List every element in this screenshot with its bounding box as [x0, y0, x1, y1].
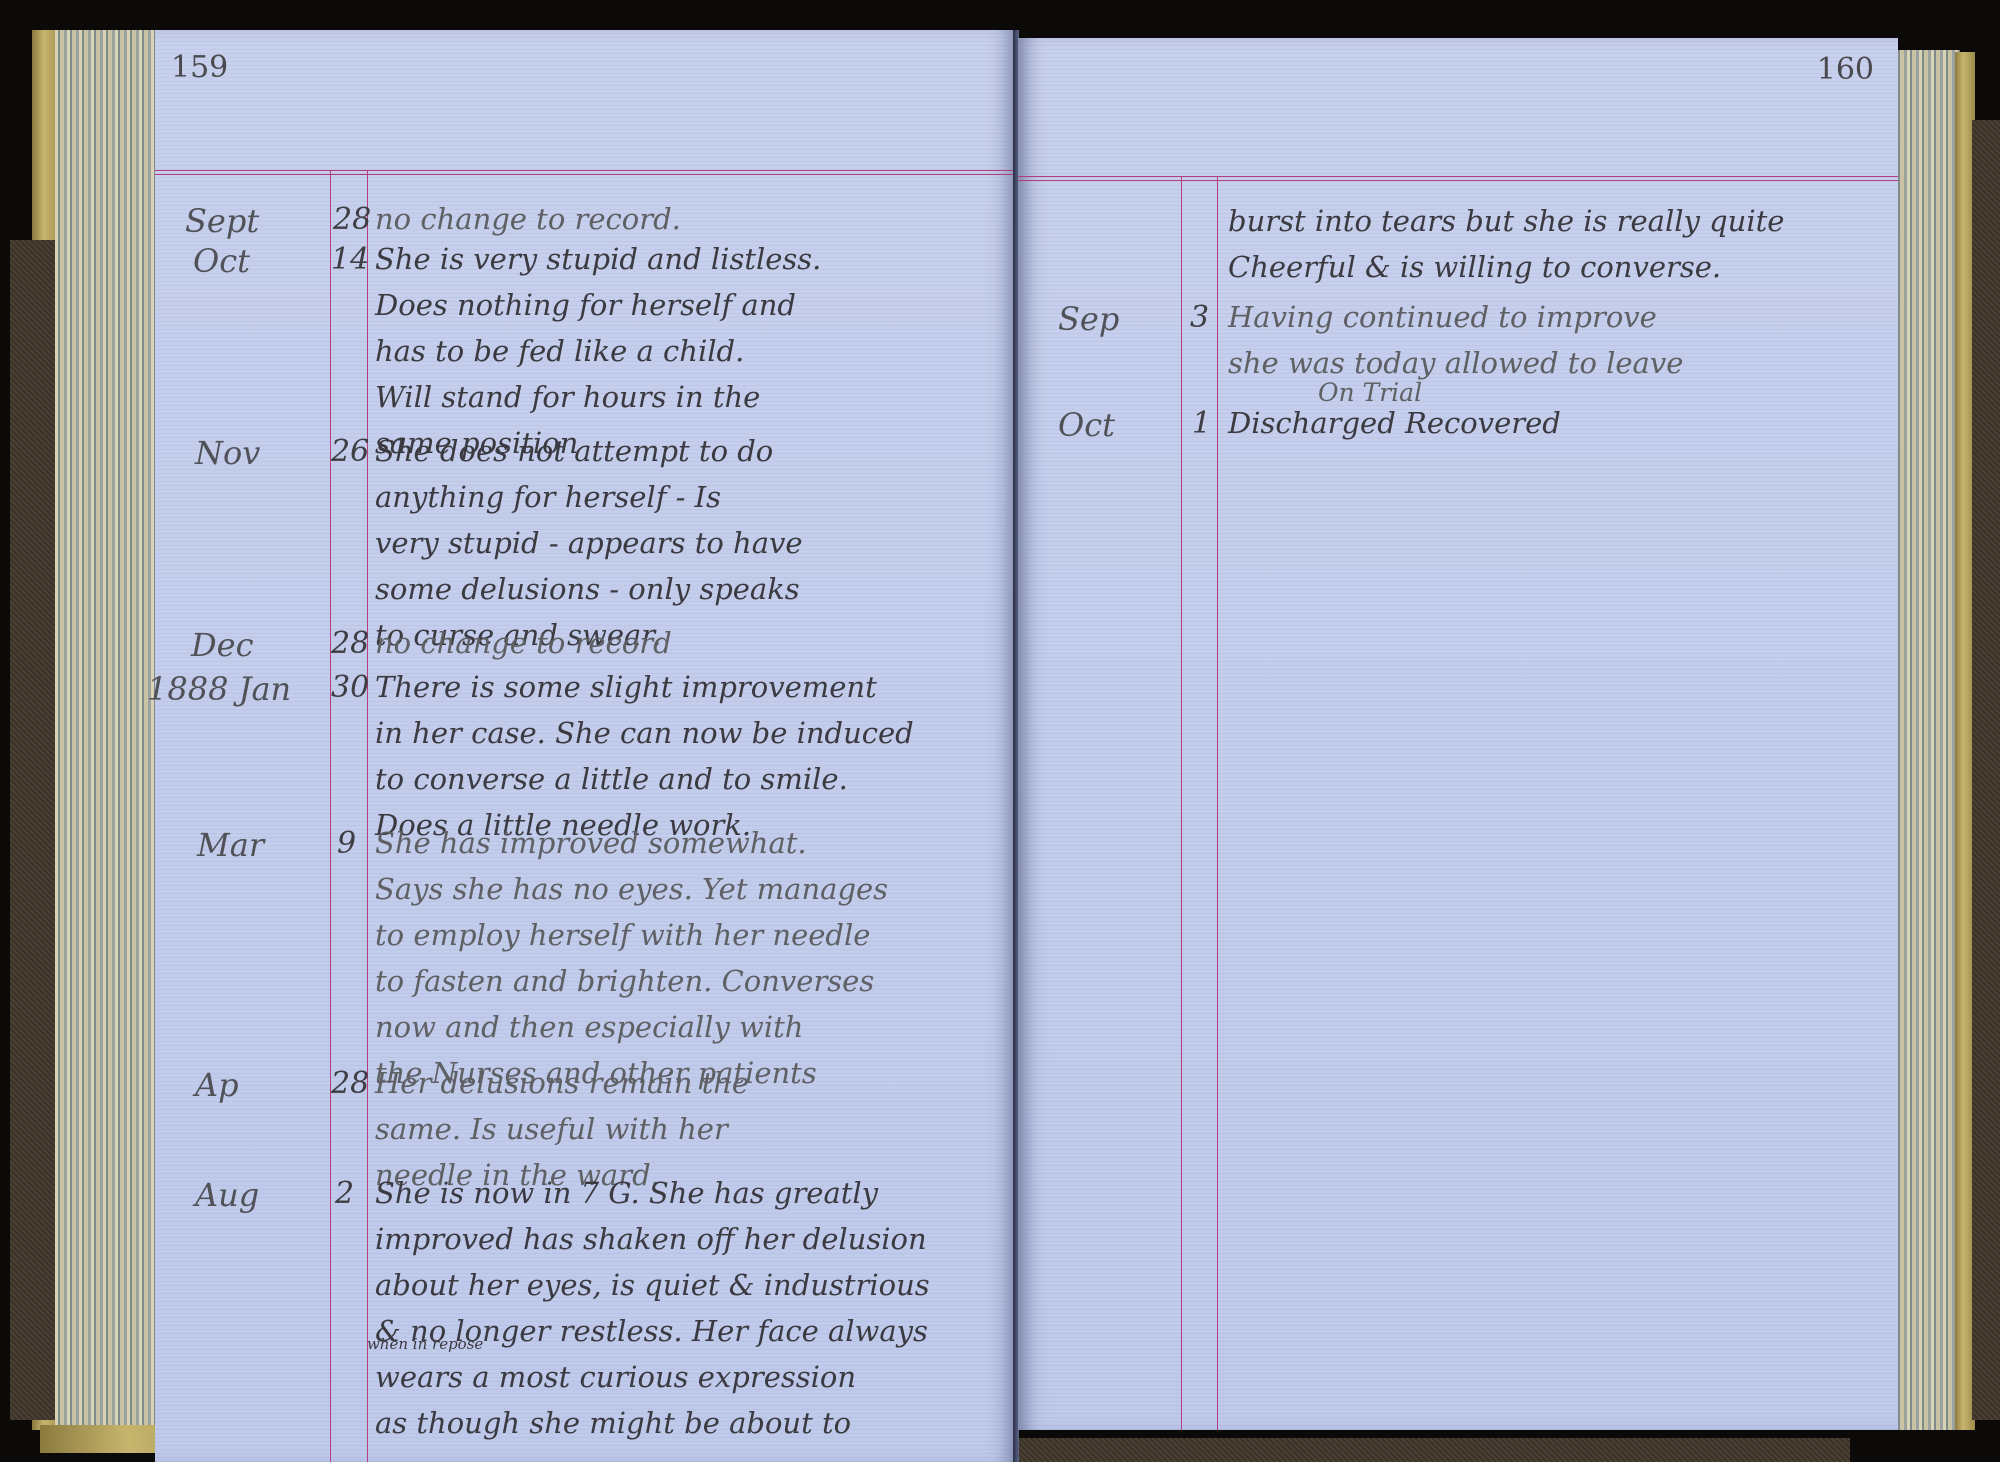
- page-number-left: 159: [171, 50, 228, 85]
- interlinear-note: when in repose: [367, 1336, 483, 1352]
- right-page: 160 burst into tears but she is really q…: [1018, 38, 1898, 1430]
- entry-month: Mar: [197, 826, 264, 864]
- page-edges-right: [1895, 50, 1960, 1430]
- entry-day: 26: [331, 434, 369, 469]
- page-edges-left: [55, 30, 155, 1430]
- date-column-rule: [1181, 176, 1182, 1430]
- entry-month: Sep: [1058, 300, 1119, 338]
- entry-month: Ap: [195, 1066, 239, 1104]
- entry-day: 28: [331, 626, 369, 661]
- entry-month: Oct: [1058, 406, 1115, 444]
- entry-text: burst into tears but she is really quite…: [1228, 198, 1784, 290]
- entry-month: Oct: [193, 242, 250, 280]
- date-column-rule: [330, 170, 331, 1462]
- header-rule: [1018, 176, 1898, 181]
- entry-month: Sept: [185, 202, 259, 240]
- entry-text: She has improved somewhat. Says she has …: [375, 820, 888, 1096]
- entry-day: 30: [331, 670, 369, 705]
- entry-day: 28: [331, 1066, 369, 1101]
- day-column-rule: [367, 170, 368, 1462]
- entry-day: 28: [333, 202, 371, 237]
- entry-text: no change to record: [375, 620, 672, 666]
- entry-text: Discharged Recovered: [1228, 400, 1561, 446]
- entry-day: 1: [1192, 406, 1211, 441]
- cloth-spine-left: [10, 240, 55, 1420]
- cloth-spine-right: [1972, 120, 2000, 1420]
- entry-month: 1888 Jan: [147, 670, 291, 708]
- left-page: 159 Sept 28 no change to record. Oct 14 …: [155, 30, 1015, 1462]
- entry-text: She is now in 7 G. She has greatly impro…: [375, 1170, 930, 1446]
- header-rule: [155, 170, 1015, 175]
- entry-month: Aug: [195, 1176, 259, 1214]
- page-number-right: 160: [1817, 52, 1874, 87]
- entry-month: Dec: [191, 626, 254, 664]
- entry-text: Having continued to improve she was toda…: [1228, 294, 1683, 386]
- day-column-rule: [1217, 176, 1218, 1430]
- entry-day: 2: [335, 1176, 354, 1211]
- entry-day: 9: [337, 826, 356, 861]
- entry-day: 14: [331, 242, 369, 277]
- entry-day: 3: [1190, 300, 1209, 335]
- entry-month: Nov: [195, 434, 260, 472]
